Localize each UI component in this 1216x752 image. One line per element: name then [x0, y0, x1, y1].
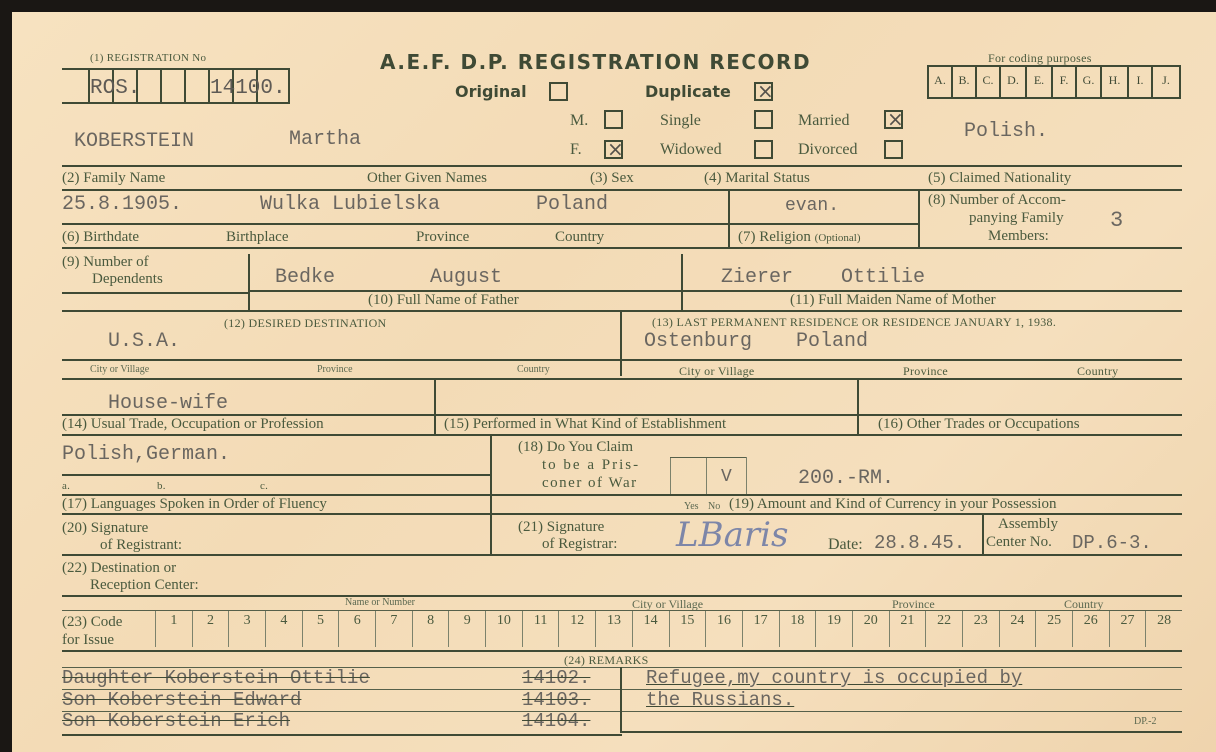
- coding-label: For coding purposes: [988, 52, 1092, 64]
- coding-cell: I.: [1129, 67, 1153, 99]
- coding-cell: E.: [1027, 67, 1053, 99]
- code-column-16: 16: [705, 611, 742, 647]
- language-b-label: b.: [157, 481, 166, 492]
- code-column-20: 20: [852, 611, 889, 647]
- code-group-name: Name or Number: [345, 598, 415, 608]
- code-column-24: 24: [999, 611, 1036, 647]
- currency-value: 200.-RM.: [798, 469, 894, 489]
- languages-label: (17) Languages Spoken in Order of Fluenc…: [62, 497, 327, 512]
- nationality-label: (5) Claimed Nationality: [928, 171, 1071, 186]
- code-column-26: 26: [1072, 611, 1109, 647]
- birth-country-value: Poland: [536, 195, 608, 215]
- code-column-7: 7: [375, 611, 412, 647]
- married-checkbox[interactable]: [884, 110, 903, 129]
- remarks-label: (24) REMARKS: [564, 654, 649, 666]
- code-column-27: 27: [1109, 611, 1146, 647]
- coding-grid: A. B. C. D. E. F. G. H. I. J.: [927, 65, 1181, 99]
- assembly-value: DP.6-3.: [1072, 534, 1152, 553]
- code-column-1: 1: [155, 611, 192, 647]
- last-residence-province-label: Province: [903, 365, 948, 377]
- dependents-label-2: Dependents: [92, 272, 163, 287]
- code-column-6: 6: [338, 611, 375, 647]
- sex-f-checkbox[interactable]: [604, 140, 623, 159]
- last-residence-label: (13) LAST PERMANENT RESIDENCE OR RESIDEN…: [652, 316, 1056, 328]
- language-c-label: c.: [260, 481, 268, 492]
- sex-f-label: F.: [570, 142, 582, 158]
- registrant-sig-label-2: of Registrant:: [100, 538, 182, 553]
- accompanying-label-3: Members:: [988, 229, 1049, 244]
- original-checkbox[interactable]: [549, 82, 568, 101]
- code-column-8: 8: [412, 611, 449, 647]
- family-member-row: Son Koberstein Erich: [62, 712, 290, 731]
- province-label: Province: [416, 230, 469, 245]
- code-column-12: 12: [558, 611, 595, 647]
- family-name-value: KOBERSTEIN: [74, 132, 194, 152]
- birthdate-label: (6) Birthdate: [62, 230, 139, 245]
- other-trades-label: (16) Other Trades or Occupations: [878, 417, 1080, 432]
- mother-label: (11) Full Maiden Name of Mother: [790, 293, 996, 308]
- code-column-5: 5: [302, 611, 339, 647]
- coding-cell: H.: [1102, 67, 1129, 99]
- destination-country-label: Country: [517, 365, 550, 375]
- father-surname: Bedke: [275, 268, 335, 288]
- date-label: Date:: [828, 537, 863, 553]
- code-column-15: 15: [669, 611, 706, 647]
- original-label: Original: [455, 82, 527, 101]
- birthdate-value: 25.8.1905.: [62, 195, 182, 215]
- family-member-number: 14104.: [522, 712, 590, 731]
- code-group-country: Country: [1064, 598, 1103, 610]
- divorced-checkbox[interactable]: [884, 140, 903, 159]
- code-column-13: 13: [595, 611, 632, 647]
- form-id: DP.-2: [1134, 717, 1157, 727]
- code-column-21: 21: [889, 611, 926, 647]
- establishment-label: (15) Performed in What Kind of Establish…: [444, 417, 726, 432]
- family-member-number: 14103.: [522, 691, 590, 710]
- code-issue-label-1: (23) Code: [62, 615, 122, 630]
- assembly-label-1: Assembly: [998, 517, 1058, 532]
- pow-no-label: No: [708, 502, 720, 512]
- code-column-25: 25: [1035, 611, 1072, 647]
- code-group-city: City or Village: [632, 598, 703, 610]
- accompanying-label-1: (8) Number of Accom-: [928, 193, 1066, 208]
- coding-cell: J.: [1153, 67, 1179, 99]
- married-label: Married: [798, 113, 850, 129]
- destination-label: (12) DESIRED DESTINATION: [224, 317, 387, 329]
- single-checkbox[interactable]: [754, 110, 773, 129]
- code-group-province: Province: [892, 598, 935, 610]
- pow-no-value: V: [721, 468, 732, 486]
- single-label: Single: [660, 113, 701, 129]
- code-column-17: 17: [742, 611, 779, 647]
- pow-label-2: to be a Pris-: [542, 458, 640, 473]
- religion-value: evan.: [785, 197, 839, 215]
- divorced-label: Divorced: [798, 142, 858, 158]
- birthplace-label: Birthplace: [226, 230, 288, 245]
- duplicate-checkbox[interactable]: [754, 82, 773, 101]
- last-residence-city-label: City or Village: [679, 365, 755, 377]
- destination-province-label: Province: [317, 365, 353, 375]
- languages-value: Polish,German.: [62, 445, 230, 465]
- mother-surname: Zierer: [721, 268, 793, 288]
- form-title: A.E.F. D.P. REGISTRATION RECORD: [380, 50, 811, 74]
- reception-label-2: Reception Center:: [90, 578, 199, 593]
- dependents-label-1: (9) Number of: [62, 255, 149, 270]
- coding-cell: F.: [1053, 67, 1077, 99]
- family-name-label: (2) Family Name: [62, 171, 165, 186]
- language-a-label: a.: [62, 481, 70, 492]
- remarks-line: Refugee,my country is occupied by: [646, 669, 1022, 688]
- registrar-sig-label-1: (21) Signature: [518, 520, 604, 535]
- father-given: August: [430, 268, 502, 288]
- code-column-9: 9: [448, 611, 485, 647]
- last-residence-city: Ostenburg: [644, 332, 752, 352]
- assembly-label-2: Center No.: [986, 535, 1052, 550]
- coding-cell: A.: [929, 67, 953, 99]
- code-column-10: 10: [485, 611, 522, 647]
- nationality-value: Polish.: [964, 122, 1048, 142]
- widowed-checkbox[interactable]: [754, 140, 773, 159]
- religion-label: (7) Religion (Optional): [738, 230, 860, 245]
- pow-label-1: (18) Do You Claim: [518, 440, 633, 455]
- destination-city-label: City or Village: [90, 365, 149, 375]
- registration-number: 14100.: [210, 78, 286, 99]
- code-column-3: 3: [228, 611, 265, 647]
- code-column-23: 23: [962, 611, 999, 647]
- code-column-28: 28: [1145, 611, 1182, 647]
- currency-label: (19) Amount and Kind of Currency in your…: [729, 497, 1056, 512]
- coding-cell: D.: [1001, 67, 1027, 99]
- code-issue-label-2: for Issue: [62, 633, 114, 648]
- registrant-sig-label-1: (20) Signature: [62, 521, 148, 536]
- last-residence-country-label: Country: [1077, 365, 1118, 377]
- mother-given: Ottilie: [841, 268, 925, 288]
- accompanying-value: 3: [1110, 210, 1123, 232]
- registration-card: (1) REGISTRATION No ROS. 14100. A.E.F. D…: [12, 12, 1216, 752]
- occupation-label: (14) Usual Trade, Occupation or Professi…: [62, 417, 324, 432]
- pow-label-3: coner of War: [542, 476, 638, 491]
- coding-cell: C.: [977, 67, 1001, 99]
- occupation-value: House-wife: [108, 394, 228, 414]
- marital-label: (4) Marital Status: [704, 171, 810, 186]
- remarks-line: the Russians.: [646, 691, 794, 710]
- code-column-2: 2: [192, 611, 229, 647]
- coding-cell: B.: [953, 67, 977, 99]
- duplicate-label: Duplicate: [645, 82, 731, 101]
- birthplace-value: Wulka Lubielska: [260, 195, 440, 215]
- code-column-19: 19: [815, 611, 852, 647]
- family-member-row: Son Koberstein Edward: [62, 691, 301, 710]
- reception-label-1: (22) Destination or: [62, 561, 176, 576]
- code-column-18: 18: [779, 611, 816, 647]
- date-value: 28.8.45.: [874, 534, 965, 553]
- registrar-signature: LBaris: [676, 515, 788, 555]
- pow-yes-label: Yes: [684, 502, 699, 512]
- code-column-14: 14: [632, 611, 669, 647]
- registrar-sig-label-2: of Registrar:: [542, 537, 617, 552]
- code-issue-grid: 1234567891011121314151617181920212223242…: [155, 611, 1182, 650]
- given-names-value: Martha: [289, 130, 361, 150]
- sex-label: (3) Sex: [590, 171, 634, 186]
- sex-m-checkbox[interactable]: [604, 110, 623, 129]
- accompanying-label-2: panying Family: [969, 211, 1064, 226]
- widowed-label: Widowed: [660, 142, 722, 158]
- destination-value: U.S.A.: [108, 332, 180, 352]
- code-column-22: 22: [925, 611, 962, 647]
- country-label: Country: [555, 230, 604, 245]
- code-column-4: 4: [265, 611, 302, 647]
- family-member-row: Daughter Koberstein Ottilie: [62, 669, 370, 688]
- registration-prefix: ROS.: [90, 78, 140, 99]
- registration-label: (1) REGISTRATION No: [90, 53, 206, 64]
- sex-m-label: M.: [570, 113, 588, 129]
- coding-cell: G.: [1077, 67, 1102, 99]
- father-label: (10) Full Name of Father: [368, 293, 519, 308]
- family-member-number: 14102.: [522, 669, 590, 688]
- given-names-label: Other Given Names: [367, 171, 487, 186]
- code-column-11: 11: [522, 611, 559, 647]
- last-residence-country: Poland: [796, 332, 868, 352]
